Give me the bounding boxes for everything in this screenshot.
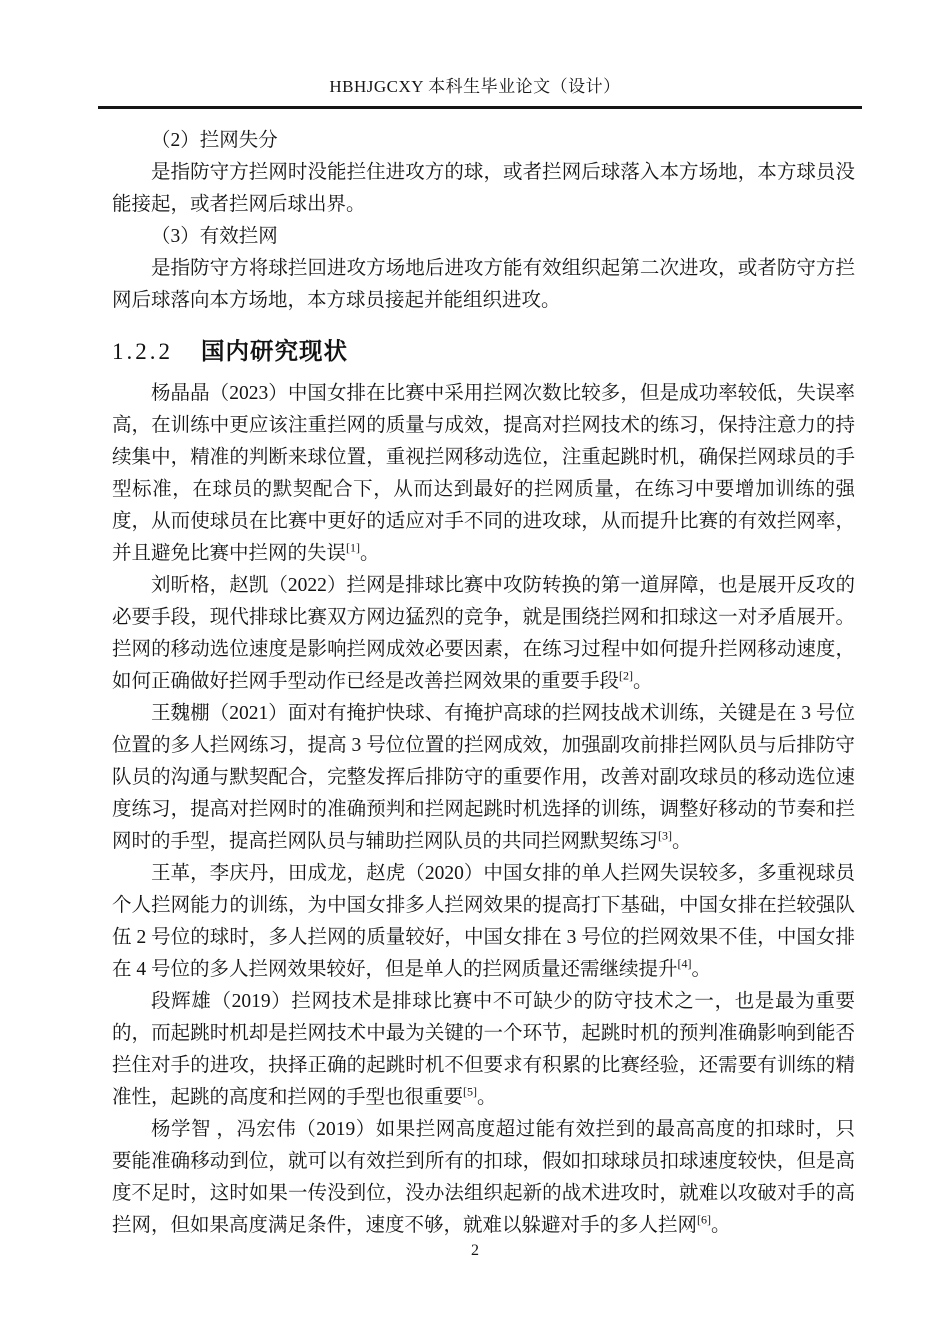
paragraph-tail: 。 [692,959,712,980]
section-heading: 1.2.2 国内研究现状 [112,333,855,370]
document-content: （2）拦网失分 是指防守方拦网时没能拦住进攻方的球，或者拦网后球落入本方场地，本… [112,125,855,1242]
paragraph-text: 王魏棚（2021）面对有掩护快球、有掩护高球的拦网技战术训练，关键是在 3 号位… [112,703,855,852]
section-number: 1.2.2 [112,339,173,364]
citation-ref-4: [4] [678,957,692,971]
literature-paragraph: 刘昕格，赵凯（2022）拦网是排球比赛中攻防转换的第一道屏障，也是展开反攻的必要… [112,570,855,698]
page-header: HBHJGCXY 本科生毕业论文（设计） [0,0,950,109]
section-title: 国内研究现状 [201,338,348,364]
paragraph-text: 刘昕格，赵凯（2022）拦网是排球比赛中攻防转换的第一道屏障，也是展开反攻的必要… [112,575,855,692]
literature-paragraph: 杨晶晶（2023）中国女排在比赛中采用拦网次数比较多，但是成功率较低，失误率高，… [112,378,855,570]
citation-ref-2: [2] [619,669,633,683]
citation-ref-6: [6] [697,1213,711,1227]
page-footer: 2 [0,1242,950,1260]
paragraph-tail: 。 [477,1087,497,1108]
paragraph-text: 王革，李庆丹，田成龙，赵虎（2020）中国女排的单人拦网失误较多，多重视球员个人… [112,863,855,980]
paragraph-tail: 。 [360,543,380,564]
paragraph-tail: 。 [633,671,653,692]
list-item-3-body: 是指防守方将球拦回进攻方场地后进攻方能有效组织起第二次进攻，或者防守方拦网后球落… [112,253,855,317]
page-number: 2 [471,1242,479,1259]
literature-paragraph: 王魏棚（2021）面对有掩护快球、有掩护高球的拦网技战术训练，关键是在 3 号位… [112,698,855,858]
literature-paragraph: 段辉雄（2019）拦网技术是排球比赛中不可缺少的防守技术之一，也是最为重要的，而… [112,986,855,1114]
literature-paragraph: 王革，李庆丹，田成龙，赵虎（2020）中国女排的单人拦网失误较多，多重视球员个人… [112,858,855,986]
document-page: HBHJGCXY 本科生毕业论文（设计） （2）拦网失分 是指防守方拦网时没能拦… [0,0,950,1344]
list-item-3-title: （3）有效拦网 [112,221,855,253]
header-title: HBHJGCXY 本科生毕业论文（设计） [0,72,950,97]
citation-ref-5: [5] [463,1085,477,1099]
paragraph-text: 杨晶晶（2023）中国女排在比赛中采用拦网次数比较多，但是成功率较低，失误率高，… [112,383,855,564]
paragraph-tail: 。 [672,831,692,852]
literature-paragraph: 杨学智 ，冯宏伟（2019）如果拦网高度超过能有效拦到的最高高度的扣球时，只要能… [112,1114,855,1242]
citation-ref-3: [3] [658,829,672,843]
list-item-2-title: （2）拦网失分 [112,125,855,157]
header-rule [98,106,862,109]
list-item-2-body: 是指防守方拦网时没能拦住进攻方的球，或者拦网后球落入本方场地，本方球员没能接起，… [112,157,855,221]
citation-ref-1: [1] [346,541,360,555]
paragraph-text: 杨学智 ，冯宏伟（2019）如果拦网高度超过能有效拦到的最高高度的扣球时，只要能… [112,1119,855,1236]
paragraph-tail: 。 [711,1215,731,1236]
